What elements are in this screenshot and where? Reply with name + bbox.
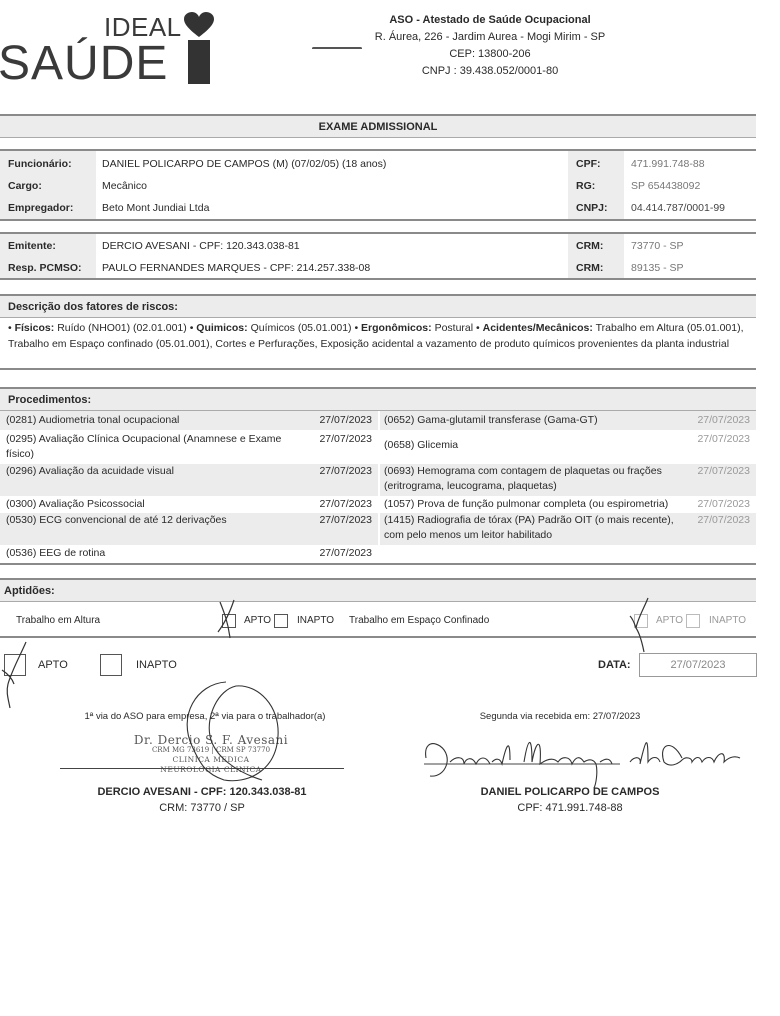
procedure-name: (0658) Glicemia bbox=[384, 438, 458, 453]
procedures-box: (0281) Audiometria tonal ocupacional 27/… bbox=[0, 409, 756, 565]
aptitudes-row: Trabalho em Altura APTO INAPTO Trabalho … bbox=[0, 604, 756, 638]
clinic-cnpj: CNPJ : 39.438.052/0001-80 bbox=[330, 63, 650, 80]
procedure-date: 27/07/2023 bbox=[697, 432, 750, 447]
procedure-name: (0536) EEG de rotina bbox=[6, 546, 105, 561]
procedure-item: (0530) ECG convencional de até 12 deriva… bbox=[0, 513, 378, 545]
procedure-name: (0295) Avaliação Clínica Ocupacional (An… bbox=[6, 432, 296, 462]
pcmso-row: Resp. PCMSO: PAULO FERNANDES MARQUES - C… bbox=[0, 257, 756, 279]
procedure-item: (1415) Radiografia de tórax (PA) Padrão … bbox=[380, 513, 756, 545]
procedure-date: 27/07/2023 bbox=[697, 464, 750, 479]
procedure-name: (0693) Hemograma com contagem de plaquet… bbox=[384, 464, 674, 494]
risk-category-label: Acidentes/Mecânicos: bbox=[483, 322, 593, 334]
procedure-item: (0693) Hemograma com contagem de plaquet… bbox=[380, 464, 756, 496]
apto-label: APTO bbox=[244, 614, 271, 628]
field-label: CRM: bbox=[576, 257, 603, 279]
second-copy-received-note: Segunda via recebida em: 27/07/2023 bbox=[440, 711, 680, 722]
procedure-item: (0296) Avaliação da acuidade visual 27/0… bbox=[0, 464, 378, 496]
confined-space-apto-checkbox[interactable] bbox=[634, 614, 648, 628]
logo-text-saude: SAÚDE bbox=[0, 40, 168, 88]
procedure-date: 27/07/2023 bbox=[319, 432, 372, 447]
aptitudes-header: Aptidões: bbox=[0, 578, 756, 602]
pcmso-crm-value: 89135 - SP bbox=[631, 257, 684, 279]
field-label: CPF: bbox=[576, 153, 601, 175]
worker-signature bbox=[420, 728, 760, 788]
procedure-name: (0300) Avaliação Psicossocial bbox=[6, 497, 145, 512]
procedure-item: (0652) Gama-glutamil transferase (Gama-G… bbox=[380, 411, 756, 430]
procedure-date: 27/07/2023 bbox=[319, 546, 372, 561]
procedure-item: (0658) Glicemia 27/07/2023 bbox=[380, 430, 756, 464]
field-label: Emitente: bbox=[8, 235, 56, 257]
aptitude-label-confined-space: Trabalho em Espaço Confinado bbox=[349, 614, 489, 628]
worker-name: DANIEL POLICARPO DE CAMPOS bbox=[450, 786, 690, 798]
procedure-name: (0530) ECG convencional de até 12 deriva… bbox=[6, 513, 227, 528]
procedure-date: 27/07/2023 bbox=[319, 513, 372, 528]
procedure-date: 27/07/2023 bbox=[697, 497, 750, 512]
clinic-cep: CEP: 13800-206 bbox=[330, 46, 650, 63]
risk-category-label: Ergonômicos: bbox=[361, 322, 432, 334]
document-title: ASO - Atestado de Saúde Ocupacional bbox=[330, 12, 650, 29]
doctor-signature-line bbox=[60, 768, 344, 769]
field-label: CNPJ: bbox=[576, 197, 608, 219]
overall-apto-label: APTO bbox=[38, 658, 68, 672]
procedure-name: (0296) Avaliação da acuidade visual bbox=[6, 464, 174, 479]
field-label: RG: bbox=[576, 175, 595, 197]
clinic-info: ASO - Atestado de Saúde Ocupacional R. Á… bbox=[330, 12, 650, 80]
procedures-header: Procedimentos: bbox=[0, 387, 756, 411]
date-field[interactable]: 27/07/2023 bbox=[639, 653, 757, 677]
doctor-name: DERCIO AVESANI - CPF: 120.343.038-81 bbox=[60, 786, 344, 798]
risk-value: Químicos (05.01.001) bbox=[251, 322, 352, 334]
overall-inapto-checkbox[interactable] bbox=[100, 654, 122, 676]
employer-row: Empregador: Beto Mont Jundiai Ltda CNPJ:… bbox=[0, 197, 756, 219]
procedure-date: 27/07/2023 bbox=[697, 513, 750, 528]
procedure-date: 27/07/2023 bbox=[319, 413, 372, 428]
issuer-crm-value: 73770 - SP bbox=[631, 235, 684, 257]
apto-label: APTO bbox=[656, 614, 683, 628]
worker-cpf: CPF: 471.991.748-88 bbox=[450, 802, 690, 814]
procedure-name: (0652) Gama-glutamil transferase (Gama-G… bbox=[384, 413, 598, 428]
doctor-crm: CRM: 73770 / SP bbox=[60, 802, 344, 814]
field-label: Cargo: bbox=[8, 175, 42, 197]
field-label: CRM: bbox=[576, 235, 603, 257]
stamp-specialty: CLINICA MEDICA bbox=[126, 755, 296, 765]
inapto-label: INAPTO bbox=[297, 614, 334, 628]
issuer-value: DERCIO AVESANI - CPF: 120.343.038-81 bbox=[102, 235, 300, 257]
logo-bar-shape bbox=[188, 40, 210, 84]
employee-cpf-value: 471.991.748-88 bbox=[631, 153, 705, 175]
procedure-date: 27/07/2023 bbox=[697, 413, 750, 428]
risks-header: Descrição dos fatores de riscos: bbox=[0, 294, 756, 318]
height-work-apto-checkbox[interactable] bbox=[222, 614, 236, 628]
rg-value: SP 654438092 bbox=[631, 175, 700, 197]
role-value: Mecânico bbox=[102, 175, 147, 197]
procedure-item: (0300) Avaliação Psicossocial 27/07/2023 bbox=[0, 496, 378, 513]
employee-info-box: Funcionário: DANIEL POLICARPO DE CAMPOS … bbox=[0, 149, 756, 221]
doctor-stamp: Dr. Dercio S. F. Avesani CRM MG 73619 | … bbox=[126, 735, 296, 775]
date-label: DATA: bbox=[598, 659, 631, 671]
aptitude-label-height-work: Trabalho em Altura bbox=[16, 614, 100, 628]
overall-inapto-label: INAPTO bbox=[136, 658, 177, 672]
procedure-date: 27/07/2023 bbox=[319, 497, 372, 512]
copy-distribution-note: 1ª via do ASO para empresa, 2ª via para … bbox=[40, 711, 370, 722]
stamp-specialty: NEUROLOGIA CLINICA bbox=[126, 765, 296, 775]
field-label: Empregador: bbox=[8, 197, 73, 219]
inapto-label: INAPTO bbox=[709, 614, 746, 628]
issuer-info-box: Emitente: DERCIO AVESANI - CPF: 120.343.… bbox=[0, 232, 756, 280]
employer-value: Beto Mont Jundiai Ltda bbox=[102, 197, 209, 219]
risk-category-label: Físicos: bbox=[15, 322, 55, 334]
height-work-inapto-checkbox[interactable] bbox=[274, 614, 288, 628]
clinic-address: R. Áurea, 226 - Jardim Aurea - Mogi Miri… bbox=[330, 29, 650, 46]
field-label: Resp. PCMSO: bbox=[8, 257, 82, 279]
employee-name-value: DANIEL POLICARPO DE CAMPOS (M) (07/02/05… bbox=[102, 153, 386, 175]
procedure-date: 27/07/2023 bbox=[319, 464, 372, 479]
heart-icon bbox=[184, 12, 214, 38]
procedure-item: (1057) Prova de função pulmonar completa… bbox=[380, 496, 756, 513]
role-row: Cargo: Mecânico RG: SP 654438092 bbox=[0, 175, 756, 197]
employee-row: Funcionário: DANIEL POLICARPO DE CAMPOS … bbox=[0, 153, 756, 175]
procedure-name: (1415) Radiografia de tórax (PA) Padrão … bbox=[384, 513, 684, 543]
field-label: Funcionário: bbox=[8, 153, 72, 175]
overall-apto-checkbox[interactable] bbox=[4, 654, 26, 676]
risks-description: • Físicos: Ruído (NHO01) (02.01.001) • Q… bbox=[8, 320, 748, 352]
procedure-item: (0281) Audiometria tonal ocupacional 27/… bbox=[0, 411, 378, 430]
stamp-name: Dr. Dercio S. F. Avesani bbox=[126, 735, 296, 745]
risks-box: • Físicos: Ruído (NHO01) (02.01.001) • Q… bbox=[0, 316, 756, 370]
pcmso-value: PAULO FERNANDES MARQUES - CPF: 214.257.3… bbox=[102, 257, 370, 279]
procedure-item: (0295) Avaliação Clínica Ocupacional (An… bbox=[0, 430, 378, 464]
procedure-name: (1057) Prova de função pulmonar completa… bbox=[384, 497, 668, 512]
procedure-name: (0281) Audiometria tonal ocupacional bbox=[6, 413, 179, 428]
procedure-item: (0536) EEG de rotina 27/07/2023 bbox=[0, 545, 378, 563]
ideal-saude-logo: IDEAL SAÚDE bbox=[0, 4, 230, 90]
risk-category-label: Quimicos: bbox=[196, 322, 247, 334]
risk-value: Ruído (NHO01) (02.01.001) bbox=[57, 322, 187, 334]
confined-space-inapto-checkbox[interactable] bbox=[686, 614, 700, 628]
exam-type-header: EXAME ADMISSIONAL bbox=[0, 114, 756, 138]
risk-value: Postural bbox=[435, 322, 474, 334]
issuer-row: Emitente: DERCIO AVESANI - CPF: 120.343.… bbox=[0, 235, 756, 257]
employer-cnpj-value: 04.414.787/0001-99 bbox=[631, 197, 725, 219]
